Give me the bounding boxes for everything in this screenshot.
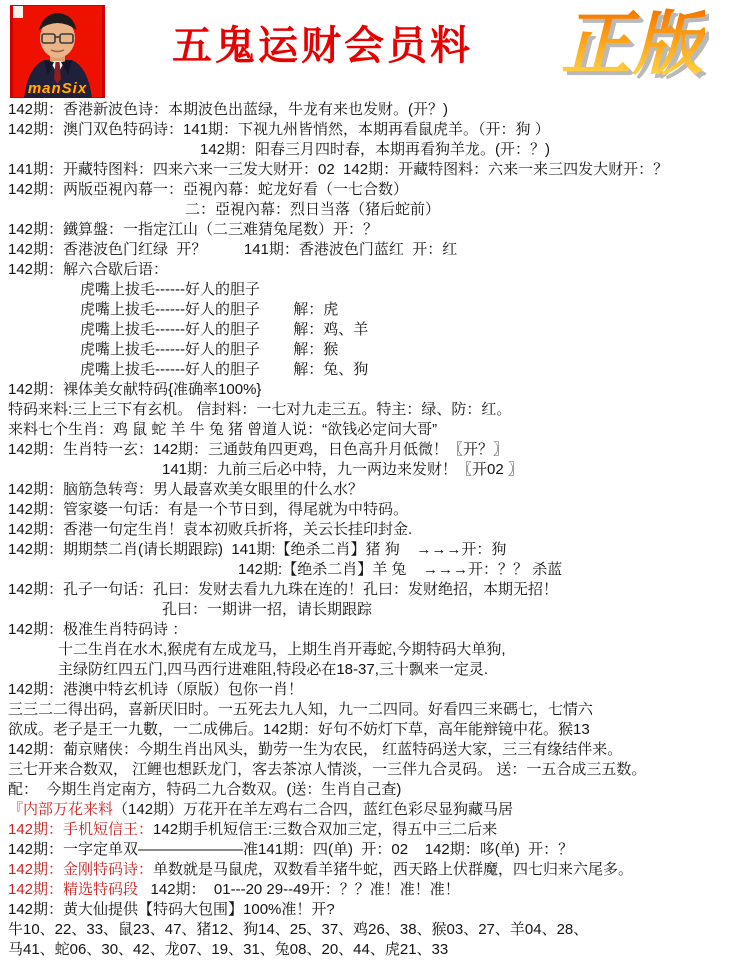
text-segment: 来料七个生肖：鸡 鼠 蛇 羊 牛 兔 猪 曾道人说：“欲钱必定问大哥” xyxy=(8,421,437,438)
text-line: 142期：管家婆一句话：有是一个节日到，得尾就为中特码。 xyxy=(0,500,735,520)
text-line: 142期：手机短信王：142期手机短信王:三数合双加三定，得五中三二后来 xyxy=(0,820,735,840)
text-line: 十二生肖在水木,猴虎有左成龙马，上期生肖开毒蛇,今期特码大单狗, xyxy=(0,640,735,660)
text-line: 虎嘴上拔毛------好人的胆子 解：虎 xyxy=(0,300,735,320)
text-segment: 142期：脑筋急转弯：男人最喜欢美女眼里的什么水？ xyxy=(8,481,363,498)
text-line: 虎嘴上拔毛------好人的胆子 解：猴 xyxy=(0,340,735,360)
text-line: 142期：裸体美女献特码{准确率100%} xyxy=(0,380,735,400)
text-line: 142期：孔子一句话：孔曰：发财去看九九珠在连的！孔曰：发财绝招，本期无招！ xyxy=(0,580,735,600)
text-line: 142期：脑筋急转弯：男人最喜欢美女眼里的什么水？ xyxy=(0,480,735,500)
page-title: 五鬼运财会员料 xyxy=(172,24,473,68)
text-segment: 主绿防红四五门,四马西行进难阻,特段必在18-37,三十飘来一定灵. xyxy=(58,661,488,678)
text-line: 142期：一字定单双———————准141期：四(单) 开：02 142期：哆(… xyxy=(0,840,735,860)
text-segment: 142期：鐵算盤：一指定江山（二三难猜兔尾数）开：？ xyxy=(8,221,378,238)
text-segment: 142期：孔子一句话：孔曰：发财去看九九珠在连的！孔曰：发财绝招，本期无招！ xyxy=(8,581,558,598)
text-line: 142期：精选特码段 142期： 01---20 29--49开：？？准！准！准… xyxy=(0,880,735,900)
text-line: 142期：两版亞視內幕一：亞視內幕：蛇龙好看（一七合数） xyxy=(0,180,735,200)
text-segment: 配： 今期生肖定南方，特码二九合数双。(送：生肖自己查) xyxy=(8,781,401,798)
text-segment: 142期：两版亞視內幕一：亞視內幕：蛇龙好看（一七合数） xyxy=(8,181,408,198)
document-lines: 142期：香港新波色诗：本期波色出蓝绿，牛龙有来也发财。(开？)142期：澳门双… xyxy=(0,100,735,960)
text-line: 141期：开藏特图料：四来六来一三发大财开：02 142期：开藏特图料：六来一来… xyxy=(0,160,735,180)
text-line: 牛10、22、33、鼠23、47、猪12、狗14、25、37、鸡26、38、猴0… xyxy=(0,920,735,940)
text-line: 142期：澳门双色特码诗：141期：下视九州皆悄然，本期再看鼠虎羊。（开：狗 ） xyxy=(0,120,735,140)
header: manSix 五鬼运财会员料 正版 xyxy=(0,0,735,100)
text-segment: 141期：九前三后必中特，九一两边来发财！〖开02 〗 xyxy=(162,461,523,478)
text-line: 142期：黄大仙提供【特码大包围】100%准！开? xyxy=(0,900,735,920)
text-segment: 三七开来合数双， 江鲤也想跃龙门，客去茶凉人情淡，一三伴九合灵码。 送：一五合成… xyxy=(8,761,646,778)
text-line: 马41、蛇06、30、42、龙07、19、31、兔08、20、44、虎21、33 xyxy=(0,940,735,960)
text-line: 142期：香港一句定生肖！袁本初败兵折将，关云长挂印封金. xyxy=(0,520,735,540)
text-segment: 二：亞視內幕：烈日当落（猪后蛇前） xyxy=(185,201,440,218)
text-segment: 虎嘴上拔毛------好人的胆子 解：虎 xyxy=(80,301,338,318)
text-segment: 142期：管家婆一句话：有是一个节日到，得尾就为中特码。 xyxy=(8,501,408,518)
text-segment: 『内部万花来料 xyxy=(8,801,113,818)
text-line: 配： 今期生肖定南方，特码二九合数双。(送：生肖自己查) xyxy=(0,780,735,800)
text-segment: 142期：香港一句定生肖！袁本初败兵折将，关云长挂印封金. xyxy=(8,521,412,538)
text-segment: 马41、蛇06、30、42、龙07、19、31、兔08、20、44、虎21、33 xyxy=(8,941,448,958)
text-segment: 142期：解六合歇后语： xyxy=(8,261,168,278)
tipster-photo: manSix xyxy=(10,5,105,98)
text-segment: 142期：手机短信王： xyxy=(8,821,153,838)
text-segment: 十二生肖在水木,猴虎有左成龙马，上期生肖开毒蛇,今期特码大单狗, xyxy=(58,641,506,658)
text-segment: 142期：金刚特码诗： xyxy=(8,861,153,878)
text-segment: 142期：期期禁二肖(请长期跟踪) 141期:【绝杀二肖】猪 狗 →→→开：狗 xyxy=(8,541,506,558)
text-line: 142期：金刚特码诗：单数就是马鼠虎，双数看羊猪牛蛇，西天路上伏群魔，四七归来六… xyxy=(0,860,735,880)
text-segment: 孔曰：一期讲一招，请长期跟踪 xyxy=(162,601,372,618)
text-segment: 欲成。老子是王一九數，一二成佛后。142期：好句不妨灯下草，高年能辩镜中花。猴1… xyxy=(8,721,590,738)
text-segment: 142期：香港波色门红绿 开？ 141期：香港波色门蓝红 开：红 xyxy=(8,241,457,258)
text-line: 141期：九前三后必中特，九一两边来发财！〖开02 〗 xyxy=(0,460,735,480)
text-line: 欲成。老子是王一九數，一二成佛后。142期：好句不妨灯下草，高年能辩镜中花。猴1… xyxy=(0,720,735,740)
text-segment: 142期： 01---20 29--49开：？？准！准！准！ xyxy=(138,881,460,898)
text-line: 『内部万花来料（142期）万花开在羊左鸡右二合四，蓝红色彩尽显狗藏马居 xyxy=(0,800,735,820)
text-segment: 142期：港澳中特玄机诗（原版）包你一肖！ xyxy=(8,681,303,698)
page: manSix 五鬼运财会员料 正版 142期：香港新波色诗：本期波色出蓝绿，牛龙… xyxy=(0,0,735,970)
text-segment: 142期：精选特码段 xyxy=(8,881,138,898)
text-line: 虎嘴上拔毛------好人的胆子 xyxy=(0,280,735,300)
text-line: 142期：解六合歇后语： xyxy=(0,260,735,280)
text-line: 虎嘴上拔毛------好人的胆子 解：鸡、羊 xyxy=(0,320,735,340)
text-line: 三七开来合数双， 江鲤也想跃龙门，客去茶凉人情淡，一三伴九合灵码。 送：一五合成… xyxy=(0,760,735,780)
text-line: 孔曰：一期讲一招，请长期跟踪 xyxy=(0,600,735,620)
text-line: 142期：香港波色门红绿 开？ 141期：香港波色门蓝红 开：红 xyxy=(0,240,735,260)
text-segment: 牛10、22、33、鼠23、47、猪12、狗14、25、37、鸡26、38、猴0… xyxy=(8,921,588,938)
text-line: 虎嘴上拔毛------好人的胆子 解：兔、狗 xyxy=(0,360,735,380)
text-segment: 142期：澳门双色特码诗：141期：下视九州皆悄然，本期再看鼠虎羊。（开：狗 ） xyxy=(8,121,550,138)
text-line: 142期：葡京赌侠：今期生肖出风头，勤劳一生为农民， 红蓝特码送大家，三三有缘结… xyxy=(0,740,735,760)
text-segment: 虎嘴上拔毛------好人的胆子 解：鸡、羊 xyxy=(80,321,368,338)
text-segment: 141期：开藏特图料：四来六来一三发大财开：02 142期：开藏特图料：六来一来… xyxy=(8,161,668,178)
text-segment: 虎嘴上拔毛------好人的胆子 解：兔、狗 xyxy=(80,361,368,378)
text-line: 二：亞視內幕：烈日当落（猪后蛇前） xyxy=(0,200,735,220)
text-line: 来料七个生肖：鸡 鼠 蛇 羊 牛 兔 猪 曾道人说：“欲钱必定问大哥” xyxy=(0,420,735,440)
text-segment: 三三二二得出码，喜新厌旧时。一五死去九人知，九一二四同。好看四三来碼七，七情六 xyxy=(8,701,593,718)
genuine-badge: 正版 xyxy=(561,0,705,92)
text-line: 142期：极准生肖特码诗 ： xyxy=(0,620,735,640)
text-segment: 虎嘴上拔毛------好人的胆子 解：猴 xyxy=(80,341,338,358)
text-line: 142期：生肖特一玄：142期：三通鼓角四更鸡，日色高升月低微！〖开？〗 xyxy=(0,440,735,460)
text-segment: 142期：裸体美女献特码{准确率100%} xyxy=(8,381,261,398)
text-segment: 142期：黄大仙提供【特码大包围】100%准！开? xyxy=(8,901,335,918)
text-segment: 142期：生肖特一玄：142期：三通鼓角四更鸡，日色高升月低微！〖开？〗 xyxy=(8,441,508,458)
text-segment: 虎嘴上拔毛------好人的胆子 xyxy=(80,281,260,298)
text-line: 三三二二得出码，喜新厌旧时。一五死去九人知，九一二四同。好看四三来碼七，七情六 xyxy=(0,700,735,720)
text-line: 142期：鐵算盤：一指定江山（二三难猜兔尾数）开：？ xyxy=(0,220,735,240)
text-segment: 142期：一字定单双———————准141期：四(单) 开：02 142期：哆(… xyxy=(8,841,573,858)
text-line: 142期：港澳中特玄机诗（原版）包你一肖！ xyxy=(0,680,735,700)
text-segment: 142期：阳春三月四时春，本期再看狗羊龙。(开：？) xyxy=(200,141,550,158)
text-segment: 特码来料:三上三下有玄机。 信封料：一七对九走三五。特主：绿、防：红。 xyxy=(8,401,511,418)
text-segment: 142期：极准生肖特码诗 ： xyxy=(8,621,187,638)
text-segment: 142期：葡京赌侠：今期生肖出风头，勤劳一生为农民， 红蓝特码送大家，三三有缘结… xyxy=(8,741,622,758)
photo-caption: manSix xyxy=(10,80,105,97)
text-line: 142期：期期禁二肖(请长期跟踪) 141期:【绝杀二肖】猪 狗 →→→开：狗 xyxy=(0,540,735,560)
text-line: 142期：阳春三月四时春，本期再看狗羊龙。(开：？) xyxy=(0,140,735,160)
text-segment: （142期）万花开在羊左鸡右二合四，蓝红色彩尽显狗藏马居 xyxy=(113,801,513,818)
text-segment: 142期手机短信王:三数合双加三定，得五中三二后来 xyxy=(153,821,497,838)
text-line: 主绿防红四五门,四马西行进难阻,特段必在18-37,三十飘来一定灵. xyxy=(0,660,735,680)
text-line: 142期：香港新波色诗：本期波色出蓝绿，牛龙有来也发财。(开？) xyxy=(0,100,735,120)
text-line: 142期:【绝杀二肖】羊 兔 →→→开：？？ 杀蓝 xyxy=(0,560,735,580)
text-segment: 142期:【绝杀二肖】羊 兔 →→→开：？？ 杀蓝 xyxy=(238,561,562,578)
text-segment: 142期：香港新波色诗：本期波色出蓝绿，牛龙有来也发财。(开？) xyxy=(8,101,448,118)
text-line: 特码来料:三上三下有玄机。 信封料：一七对九走三五。特主：绿、防：红。 xyxy=(0,400,735,420)
text-segment: 单数就是马鼠虎，双数看羊猪牛蛇，西天路上伏群魔，四七归来六尾多。 xyxy=(153,861,633,878)
